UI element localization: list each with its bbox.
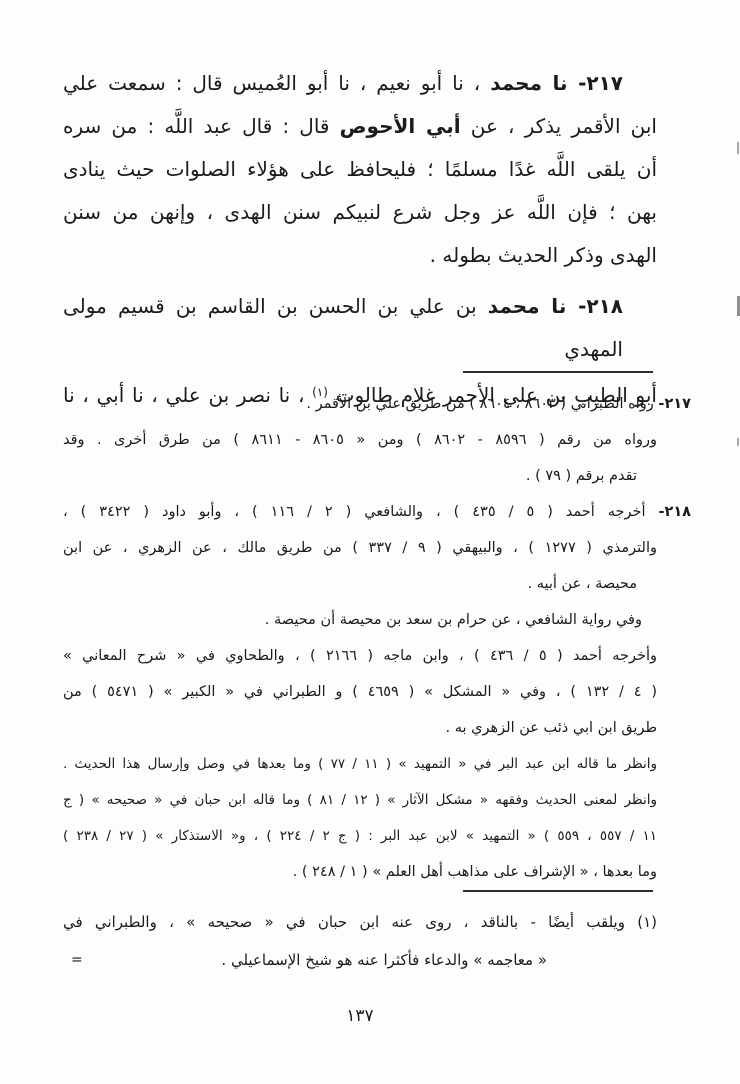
footnote-line: وفي رواية الشافعي ، عن حرام بن سعد بن مح…: [63, 602, 657, 638]
footnote-line: وأخرجه أحمد ( ٥ / ٤٣٦ ) ، وابن ماجه ( ٢١…: [63, 638, 657, 674]
footnote-marker: (١): [637, 913, 657, 931]
author-note-separator: [463, 890, 653, 892]
hadith-217: ٢١٧- نا محمد ، نا أبو نعيم ، نا أبو العُ…: [63, 62, 657, 277]
footnotes-section: ٢١٧- رواه الطبراني ( ٨٦٠٣ ، ٨٦٠٤ ) من طر…: [63, 386, 657, 890]
text-run: ويلقب أيضًا - بالناقد ، روى عنه ابن حبان…: [63, 913, 637, 931]
footnote-line: وانظر لمعنى الحديث وفقهه « مشكل الآثار »…: [63, 782, 657, 818]
text-run: رواه الطبراني ( ٨٦٠٣ ، ٨٦٠٤ ) من طريق عل…: [306, 396, 658, 412]
hadith-number: ٢١٨- نا محمد: [488, 294, 623, 318]
note-line: (١) ويلقب أيضًا - بالناقد ، روى عنه ابن …: [63, 903, 657, 941]
footnote-line: محيصة ، عن أبيه .: [63, 566, 657, 602]
text-line: أن يلقى اللَّه غدًا مسلمًا ؛ فليحافظ على…: [63, 148, 657, 191]
page-number: ١٣٧: [63, 1006, 657, 1026]
text-line: ٢١٨- نا محمد بن علي بن الحسن بن القاسم ب…: [63, 285, 657, 371]
text-run: أخرجه أحمد ( ٥ / ٤٣٥ ) ، والشافعي ( ٢ / …: [63, 504, 658, 520]
footnote-line: ١١ / ٥٥٧ ، ٥٥٩ ) « التمهيد » لابن عبد ال…: [63, 818, 657, 854]
text-line: بهن ؛ فإن اللَّه عز وجل شرع لنبيكم سنن ا…: [63, 191, 657, 234]
continuation-mark: =: [71, 941, 83, 979]
footnote-line: طريق ابن ابي ذئب عن الزهري به .: [63, 710, 657, 746]
footnote-line: ٢١٨- أخرجه أحمد ( ٥ / ٤٣٥ ) ، والشافعي (…: [63, 494, 691, 530]
text-run: ابن الأقمر يذكر ، عن: [461, 114, 657, 138]
text-run: ، نا أبو نعيم ، نا أبو العُميس قال : سمع…: [63, 71, 490, 95]
footnote-number: ٢١٧-: [658, 396, 691, 412]
text-line: الهدى وذكر الحديث بطوله .: [63, 234, 657, 277]
text-run: « معاجمه » والدعاء فأكثرا عنه هو شيخ الإ…: [221, 951, 547, 969]
footnote-line: وما بعدها ، « الإشراف على مذاهب أهل العل…: [63, 854, 657, 890]
footnote-218: ٢١٨- أخرجه أحمد ( ٥ / ٤٣٥ ) ، والشافعي (…: [63, 494, 657, 890]
narrator-name-bold: أبي الأحوص: [340, 114, 461, 138]
author-note: (١) ويلقب أيضًا - بالناقد ، روى عنه ابن …: [63, 903, 657, 979]
footnote-line: وانظر ما قاله ابن عبد البر في « التمهيد …: [63, 746, 657, 782]
note-line: « معاجمه » والدعاء فأكثرا عنه هو شيخ الإ…: [63, 941, 657, 979]
text-line: ٢١٧- نا محمد ، نا أبو نعيم ، نا أبو العُ…: [63, 62, 657, 105]
footnote-line: والترمذي ( ١٢٧٧ ) ، والبيهقي ( ٩ / ٣٣٧ )…: [63, 530, 657, 566]
footnote-line: تقدم برقم ( ٧٩ ) .: [63, 458, 657, 494]
text-run: قال : قال عبد اللَّه : من سره: [63, 114, 340, 138]
footnote-number: ٢١٨-: [658, 504, 691, 520]
scan-artifact: [737, 438, 739, 446]
page: { "page": { "number": "١٣٧" }, "colors":…: [0, 0, 740, 1084]
footnote-line: ٢١٧- رواه الطبراني ( ٨٦٠٣ ، ٨٦٠٤ ) من طر…: [63, 386, 691, 422]
hadith-number: ٢١٧- نا محمد: [490, 71, 623, 95]
footnote-217: ٢١٧- رواه الطبراني ( ٨٦٠٣ ، ٨٦٠٤ ) من طر…: [63, 386, 657, 494]
main-text-column: ٢١٧- نا محمد ، نا أبو نعيم ، نا أبو العُ…: [63, 62, 657, 417]
footnote-separator: [463, 371, 653, 373]
footnote-line: ورواه من رقم ( ٨٥٩٦ - ٨٦٠٢ ) ومن « ٨٦٠٥ …: [63, 422, 657, 458]
footnote-line: ( ٤ / ١٣٢ ) ، وفي « المشكل » ( ٤٦٥٩ ) و …: [63, 674, 657, 710]
text-line: ابن الأقمر يذكر ، عن أبي الأحوص قال : قا…: [63, 105, 657, 148]
scan-artifact: [737, 142, 739, 154]
